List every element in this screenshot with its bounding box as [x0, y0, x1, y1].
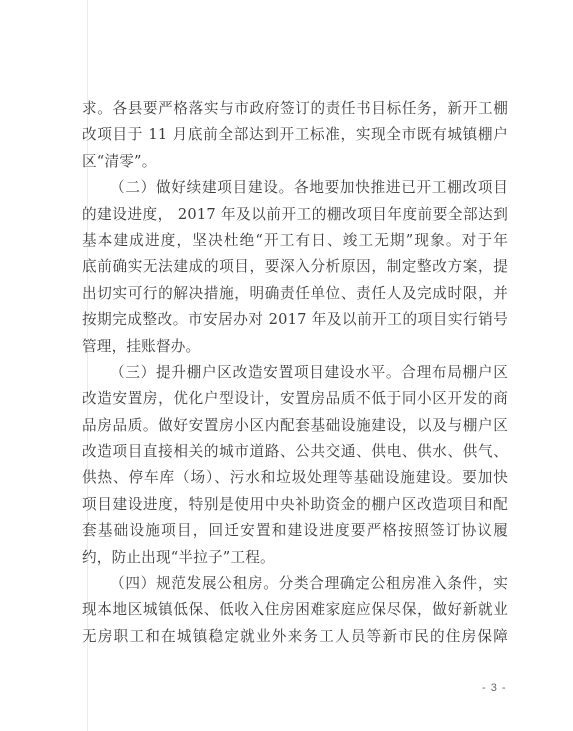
section-heading-line: （三）提升棚户区改造安置项目建设水平。合理布局棚户区 — [82, 360, 508, 386]
text-line: 品房品质。做好安置房小区内配套基础设施建设，以及与棚户区 — [82, 413, 508, 439]
text-line: 套基础设施项目，回迁安置和建设进度要严格按照签订协议履 — [82, 518, 508, 544]
text-line: 约，防止出现“半拉子”工程。 — [82, 545, 508, 571]
paragraph-section-2: （二）做好续建项目建设。各地要加快推进已开工棚改项目 的建设进度， 2017 年… — [82, 175, 508, 360]
text-line: 底前确实无法建成的项目，要深入分析原因，制定整改方案，提 — [82, 254, 508, 280]
text-line: 基本建成进度，坚决杜绝“开工有日、竣工无期”现象。对于年 — [82, 228, 508, 254]
paragraph-section-3: （三）提升棚户区改造安置项目建设水平。合理布局棚户区 改造安置房，优化户型设计，… — [82, 360, 508, 571]
text-line: 供热、停车库（场）、污水和垃圾处理等基础设施建设。要加快 — [82, 465, 508, 491]
document-body: 求。各县要严格落实与市政府签订的责任书目标任务，新开工棚 改项目于 11 月底前… — [82, 96, 508, 650]
page-number: - 3 - — [482, 682, 507, 694]
text-line: 改项目于 11 月底前全部达到开工标准，实现全市既有城镇棚户 — [82, 122, 508, 148]
text-line: 的建设进度， 2017 年及以前开工的棚改项目年度前要全部达到 — [82, 202, 508, 228]
text-line: 管理，挂账督办。 — [82, 334, 508, 360]
text-line: 出切实可行的解决措施，明确责任单位、责任人及完成时限，并 — [82, 281, 508, 307]
text-line: 区“清零”。 — [82, 149, 508, 175]
text-line: 按期完成整改。市安居办对 2017 年及以前开工的项目实行销号 — [82, 307, 508, 333]
text-line: 改造安置房，优化户型设计，安置房品质不低于同小区开发的商 — [82, 386, 508, 412]
text-line: 求。各县要严格落实与市政府签订的责任书目标任务，新开工棚 — [82, 96, 508, 122]
text-line: 项目建设进度，特别是使用中央补助资金的棚户区改造项目和配 — [82, 492, 508, 518]
section-heading-line: （四）规范发展公租房。分类合理确定公租房准入条件，实 — [82, 571, 508, 597]
text-line: 现本地区城镇低保、低收入住房困难家庭应保尽保，做好新就业 — [82, 597, 508, 623]
text-line: 无房职工和在城镇稳定就业外来务工人员等新市民的住房保障 — [82, 624, 508, 650]
section-heading-line: （二）做好续建项目建设。各地要加快推进已开工棚改项目 — [82, 175, 508, 201]
paragraph-section-4: （四）规范发展公租房。分类合理确定公租房准入条件，实 现本地区城镇低保、低收入住… — [82, 571, 508, 650]
text-line: 改造项目直接相关的城市道路、公共交通、供电、供水、供气、 — [82, 439, 508, 465]
paragraph-continuation: 求。各县要严格落实与市政府签订的责任书目标任务，新开工棚 改项目于 11 月底前… — [82, 96, 508, 175]
